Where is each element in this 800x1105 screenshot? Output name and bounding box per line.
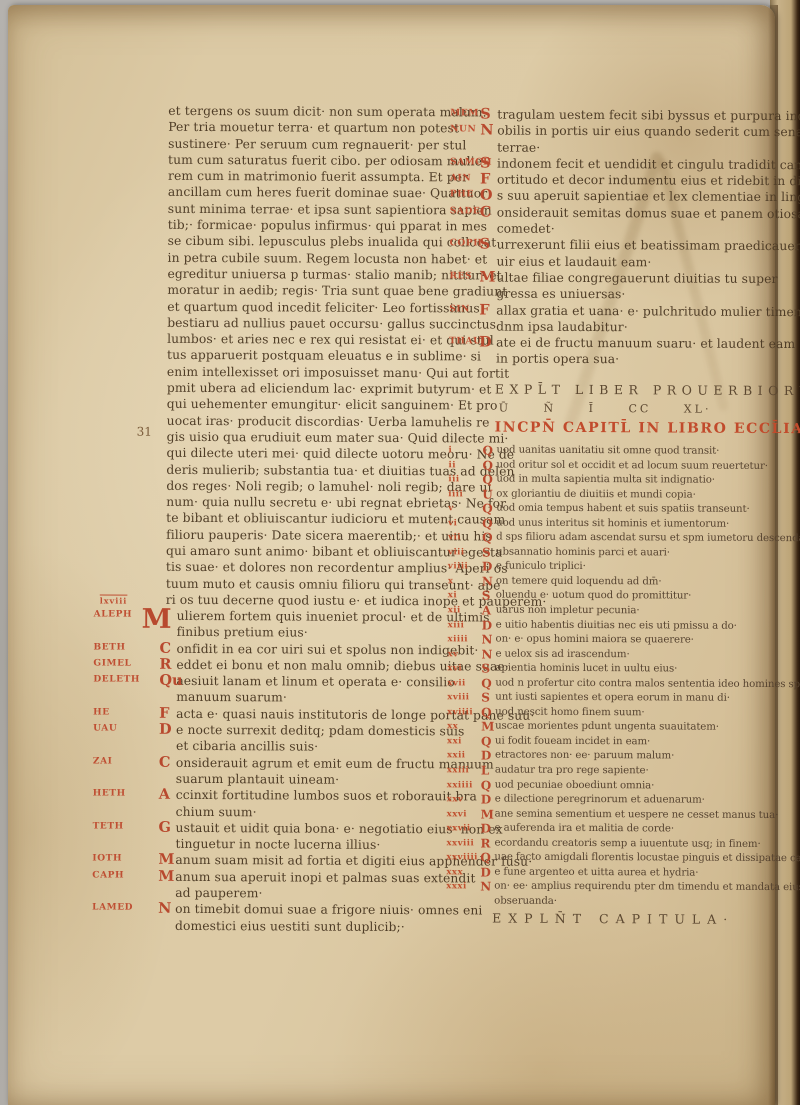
capitulum-initial: S <box>481 662 490 677</box>
verse-line: onfidit in ea cor uiri sui et spolus non… <box>176 640 465 658</box>
verse-entry: GIMELReddet ei bonu et non malu omnib; d… <box>165 657 465 675</box>
capitulum-initial: N <box>481 647 492 662</box>
hebrew-letter-label: LAMED <box>92 903 133 913</box>
prose-line: tum cum saturatus fuerit cibo. per odios… <box>168 152 468 170</box>
prose-line: enim intellexisset ori imposuisset manu·… <box>167 364 467 382</box>
capitulum-numeral: xiii <box>448 620 480 630</box>
verse-initial: M <box>479 269 495 285</box>
verse-entry: LAMEDNon timebit domui suae a frigore ni… <box>164 901 464 935</box>
verse-line: ortitudo et decor indumentu eius et ride… <box>497 172 786 190</box>
capitulum-row: vQuod omia tempus habent et suis spatiis… <box>484 502 790 518</box>
prose-line: num· quia nullu secretu e· ubi regnat eb… <box>166 494 466 512</box>
verse-entry: PHEOs suu aperuit sapientiae et lex clem… <box>486 188 786 206</box>
capitulum-numeral: xxx <box>446 867 478 877</box>
capitulum-initial: D <box>480 865 490 880</box>
verse-entry: AINFortitudo et decor indumentu eius et … <box>486 172 786 190</box>
capitulum-text: uod oritur sol et occidit et ad locum su… <box>496 458 790 474</box>
capitulum-initial: Q <box>482 516 493 531</box>
prose-line: dos reges· Noli regib; o lamuhel· noli r… <box>166 478 466 496</box>
capitulum-row: xxxDe fune argenteo et uitta aurea et hy… <box>482 865 788 881</box>
capitulum-text: uod omia tempus habent et suis spatiis t… <box>496 502 790 518</box>
capitulum-text: e dilectione peregrinorum et aduenarum· <box>495 793 789 809</box>
capitulum-numeral: xxi <box>447 736 479 746</box>
prose-line: se cibum sibi. lepusculus plebs inualida… <box>168 233 468 251</box>
capitulum-text: d sps filioru adam ascendat sursu et spm… <box>496 531 790 547</box>
prose-line: Per tria mouetur terra· et quartum non p… <box>168 119 468 137</box>
capitulum-row: xxviiiiQuae facto amigdali florentis loc… <box>482 851 788 867</box>
capitulum-initial: D <box>482 618 492 633</box>
capitulum-text: on· ee· amplius requirendu pter dm timen… <box>494 880 788 896</box>
left-column-acrostic: ALEPHMulierem fortem quis inueniet procu… <box>164 608 466 936</box>
capitulum-numeral: ii <box>448 460 480 470</box>
verse-entry: DELETHQuaesiuit lanam et linum et operat… <box>165 673 465 707</box>
prose-line: gis uisio qua erudiuit eum mater sua· Qu… <box>167 429 467 447</box>
capitulum-initial: N <box>480 880 491 895</box>
verse-line: manuum suarum· <box>176 689 465 707</box>
explicit-capitula: EXPLN̄T CAPITULA· <box>492 911 734 927</box>
prose-line: bestiaru ad nullius pauet occursu· gallu… <box>167 315 467 333</box>
capitulum-text: ui fodit foueam incidet in eam· <box>495 734 789 750</box>
capitulum-initial: Q <box>483 443 494 458</box>
hebrew-letter-label: SIN <box>449 304 470 314</box>
verse-initial: S <box>480 155 491 171</box>
verse-initial: S <box>480 106 491 122</box>
hebrew-letter-label: HETH <box>93 789 126 799</box>
verse-line: in portis opera sua· <box>496 351 785 369</box>
capitulum-initial: Q <box>481 705 492 720</box>
capitulum-numeral: xxxi <box>446 882 478 892</box>
prose-line: qui amaro sunt animo· bibant et obliuisc… <box>166 543 466 561</box>
hebrew-letter-label: BETH <box>93 642 125 652</box>
verse-entry: SINFallax gratia et uana· e· pulchritudo… <box>485 302 785 336</box>
chapter-number: 31 <box>137 425 152 439</box>
hebrew-letter-label: ALEPH <box>94 609 133 619</box>
verse-initial: A <box>159 787 170 803</box>
capitulum-numeral: i <box>449 445 481 455</box>
verse-initial: C <box>480 204 492 220</box>
verse-entry: CAPHManum sua aperuit inopi et palmas su… <box>164 869 464 903</box>
verse-line: onsiderauit agrum et emit eum de fructu … <box>176 755 465 773</box>
capitulum-initial: Q <box>481 676 492 691</box>
verse-line: gressa es uniuersas· <box>496 286 785 304</box>
capitulum-text: apientia hominis lucet in uultu eius· <box>495 662 789 678</box>
capitulum-numeral: xxviiii <box>446 853 478 863</box>
verse-initial: D <box>479 335 492 351</box>
verse-initial: M <box>158 869 174 885</box>
verse-line: anum sua aperuit inopi et palmas suas ex… <box>175 869 464 887</box>
prose-line: egreditur uniuersa p turmas· stalio mani… <box>167 266 467 284</box>
capitulum-row: xxiiiiQuod pecuniae oboediunt omnia· <box>483 778 789 794</box>
capitulum-text: on temere quid loquendu ad dm̄· <box>496 574 790 590</box>
capitulum-initial: Q <box>482 473 493 488</box>
verse-entry: HEFacta e· quasi nauis institutoris de l… <box>165 706 465 724</box>
capitulum-row: xviiiiQuod nescit homo finem suum· <box>483 705 789 721</box>
capitulum-row: xiiiiNon· e· opus homini maiora se quaer… <box>484 633 790 649</box>
verse-line: onsiderauit semitas domus suae et panem … <box>497 204 786 222</box>
capitulum-row: viiiiDe funiculo triplici· <box>484 560 790 576</box>
verse-initial: Qu <box>159 673 182 689</box>
capitulum-initial: D <box>481 822 491 837</box>
verse-line: s suu aperuit sapientiae et lex clementi… <box>497 188 786 206</box>
capitulum-text: unt iusti sapientes et opera eorum in ma… <box>495 691 789 707</box>
capitulum-text: e uitio habentis diuitias nec eis uti pm… <box>496 618 790 634</box>
capitulum-initial: L <box>481 764 490 779</box>
verse-line: dnm ipsa laudabitur· <box>496 318 785 336</box>
capitulum-text: ox gloriantiu de diuitiis et mundi copia… <box>496 487 790 503</box>
capitulum-initial: Q <box>482 458 493 473</box>
capitulum-text: e funiculo triplici· <box>496 560 790 576</box>
right-column-acrostic-end: MEMStragulam uestem fecit sibi byssus et… <box>485 106 786 368</box>
capitulum-row: iiiiUox gloriantiu de diuitiis et mundi … <box>484 487 790 503</box>
prose-line: in petra cubile suum. Regem locusta non … <box>168 249 468 267</box>
capitulum-numeral: xvi <box>447 663 479 673</box>
verse-entry: BETHConfidit in ea cor uiri sui et spolu… <box>165 640 465 658</box>
prose-line: rem cum in matrimonio fuerit assumpta. E… <box>168 168 468 186</box>
hebrew-letter-label: UAU <box>93 724 117 734</box>
capitulum-row: xxiQui fodit foueam incidet in eam· <box>483 734 789 750</box>
capitulum-text: on· e· opus homini maiora se quaerere· <box>496 633 790 649</box>
capitulum-numeral: v <box>448 503 480 513</box>
prose-line: ancillam cum heres fuerit dominae suae· … <box>168 184 468 202</box>
verse-initial: C <box>159 754 171 770</box>
left-column-prose: et tergens os suum dicit· non sum operat… <box>166 103 469 610</box>
capitulum-initial: Q <box>480 851 491 866</box>
hebrew-letter-label: NUN <box>450 125 476 135</box>
capitulum-text: uarus non impletur pecunia· <box>496 604 790 620</box>
capitulum-text: uod unus interitus sit hominis et iument… <box>496 516 790 532</box>
hebrew-letter-label: AIN <box>450 173 471 183</box>
prose-line: sustinere· Per seruum cum regnauerit· pe… <box>168 135 468 153</box>
capitulum-initial: N <box>482 633 493 648</box>
capitulum-numeral: xxv <box>447 794 479 804</box>
capitulum-row: iiQuod oritur sol et occidit et ad locum… <box>484 458 790 474</box>
hebrew-letter-label: CAPH <box>92 870 124 880</box>
capitulum-row: iiiQuod in multa sapientia multa sit ind… <box>484 473 790 489</box>
verse-line: ad pauperem· <box>175 885 464 903</box>
capitulum-text: uscae morientes pdunt ungenta suauitatem… <box>495 720 789 736</box>
capitulum-row: xiSoluendu e· uotum quod do promittitur· <box>484 589 790 605</box>
capitulum-numeral: viii <box>448 547 480 557</box>
capitulum-row: xviSapientia hominis lucet in uultu eius… <box>483 662 789 678</box>
capitulum-numeral: x <box>448 576 480 586</box>
prose-line: moratur in aedib; regis· Tria sunt quae … <box>167 282 467 300</box>
prose-line: pmit ubera ad eliciendum lac· exprimit b… <box>167 380 467 398</box>
prose-line: te bibant et obliuiscantur iudicioru et … <box>166 510 466 528</box>
verse-initial: F <box>480 172 490 188</box>
verse-entry: HETHAccinxit fortitudine lumbos suos et … <box>165 787 465 821</box>
prose-line: ri os tuu decerne quod iustu e· et iudic… <box>166 592 466 610</box>
capitulum-row: viQuod unus interitus sit hominis et ium… <box>484 516 790 532</box>
capitulum-row: xxviiDe auferenda ira et malitia de cord… <box>483 822 789 838</box>
verse-initial: D <box>159 722 172 738</box>
capitulum-text: uod uanitas uanitatiu sit omne quod tran… <box>497 444 791 460</box>
verse-initial: F <box>479 302 489 318</box>
verse-line: ulierem fortem quis inueniet procul· et … <box>177 608 466 626</box>
verse-line: tinguetur in nocte lucerna illius· <box>175 836 464 854</box>
capitulum-text: e auferenda ira et malitia de corde· <box>495 822 789 838</box>
capitulum-initial: Q <box>481 778 492 793</box>
capitulum-initial: S <box>481 691 490 706</box>
capitulum-initial: D <box>481 793 491 808</box>
explicit-proverbs: EXPL̄T LIBER PROUERBIORUM· <box>495 382 800 399</box>
verse-initial: M <box>142 607 172 633</box>
verse-line: ate ei de fructu manuum suaru· et lauden… <box>496 335 785 353</box>
verse-line: allax gratia et uana· e· pulchritudo mul… <box>496 302 785 320</box>
prose-line: tus apparuerit postquam eleuatus e in su… <box>167 347 467 365</box>
verse-line: anum suam misit ad fortia et digiti eius… <box>175 852 464 870</box>
verse-entry: MEMStragulam uestem fecit sibi byssus et… <box>486 106 786 124</box>
verse-entry: THAUDate ei de fructu manuum suaru· et l… <box>485 335 785 369</box>
capitulum-numeral: iiii <box>448 489 480 499</box>
capitulum-initial: Q <box>482 502 493 517</box>
verse-initial: S <box>480 237 491 253</box>
capitulum-row: xiiAuarus non impletur pecunia· <box>484 603 790 619</box>
capitulum-initial: Q <box>481 734 492 749</box>
hebrew-letter-label: PHE <box>450 190 474 200</box>
capitulum-numeral: viiii <box>448 562 480 572</box>
capitulum-initial: S <box>482 545 491 560</box>
verse-entry: SAMCHSindonem fecit et uendidit et cingu… <box>486 155 786 173</box>
capitulum-row: xvNe uelox sis ad irascendum· <box>483 647 789 663</box>
hebrew-letter-label: THAU <box>449 336 481 346</box>
capitulum-initial: M <box>481 720 494 735</box>
capitulum-numeral: xvii <box>447 678 479 688</box>
verse-initial: N <box>480 123 493 139</box>
capitulum-row: xviiQuod n profertur cito contra malos s… <box>483 676 789 692</box>
verse-line: obilis in portis uir eius quando sederit… <box>497 123 786 141</box>
parchment-page: lxviii 31 et tergens os suum dicit· non … <box>8 5 775 1105</box>
verse-line: urrexerunt filii eius et beatissimam pra… <box>497 237 786 255</box>
prose-line: uocat iras· producit discordias· Uerba l… <box>167 412 467 430</box>
capitulum-initial: N <box>482 574 493 589</box>
capitulum-numeral: xviii <box>447 693 479 703</box>
prose-line: filioru pauperis· Date sicera maerentib;… <box>166 527 466 545</box>
capitulum-text: uod nescit homo finem suum· <box>495 705 789 721</box>
capitulum-row: xxviiiRecordandu creatoris semp a iuuent… <box>482 836 788 852</box>
hebrew-letter-label: HE <box>93 707 110 717</box>
verse-line: e nocte surrexit deditq; pdam domesticis… <box>176 722 465 740</box>
verse-line: finibus pretium eius· <box>177 624 466 642</box>
capitulum-text: ecordandu creatoris semp a iuuentute usq… <box>494 836 788 852</box>
hebrew-letter-label: GIMEL <box>93 658 131 668</box>
capitulum-numeral: iii <box>448 474 480 484</box>
verse-entry: SADEConsiderauit semitas domus suae et p… <box>486 204 786 238</box>
prose-line: sunt minima terrae· et ipsa sunt sapient… <box>168 201 468 219</box>
quire-mark: lxviii <box>100 595 128 605</box>
verse-initial: R <box>159 657 171 673</box>
capitulum-row: xxviMane semina sementium et uespere ne … <box>483 807 789 823</box>
capitulum-numeral: xxviii <box>446 838 478 848</box>
verse-entry: ALEPHMulierem fortem quis inueniet procu… <box>166 608 466 642</box>
hebrew-letter-label: RES <box>449 271 472 281</box>
capitulum-row: viiQd sps filioru adam ascendat sursu et… <box>484 531 790 547</box>
capitulum-numeral: xi <box>448 591 480 601</box>
verse-line: comedet· <box>497 221 786 239</box>
verse-entry: COPHSurrexerunt filii eius et beatissima… <box>485 237 785 271</box>
manuscript-photo: lxviii 31 et tergens os suum dicit· non … <box>0 0 800 1105</box>
capitulum-numeral: xxvii <box>447 824 479 834</box>
capitulum-row: xxiiDetractores non· ee· paruum malum· <box>483 749 789 765</box>
capitulum-initial: R <box>480 836 490 851</box>
capitula-list: iQuod uanitas uanitatiu sit omne quod tr… <box>482 443 790 910</box>
hebrew-letter-label: IOTH <box>92 854 122 864</box>
verse-line: tragulam uestem fecit sibi byssus et pur… <box>497 107 786 125</box>
capitulum-numeral: xx <box>447 722 479 732</box>
capitulum-text: ane semina sementium et uespere ne cesse… <box>495 807 789 823</box>
capitulum-row: xiiiDe uitio habentis diuitias nec eis u… <box>484 618 790 634</box>
verse-line: chium suum· <box>176 803 465 821</box>
capitulum-numeral: xv <box>447 649 479 659</box>
prose-line: qui dilecte uteri mei· quid dilecte uoto… <box>166 445 466 463</box>
prose-line: deris mulierib; substantia tua· et diuit… <box>166 461 466 479</box>
verse-line: ccinxit fortitudine lumbos suos et robor… <box>176 787 465 805</box>
capitulum-row: xviiiSunt iusti sapientes et opera eorum… <box>483 691 789 707</box>
prose-line: tis suae· et dolores non recordentur amp… <box>166 559 466 577</box>
verse-line: ultae filiae congregauerunt diuitias tu … <box>496 270 785 288</box>
verse-entry: IOTHManum suam misit ad fortia et digiti… <box>164 852 464 870</box>
capitulum-text: oluendu e· uotum quod do promittitur· <box>496 589 790 605</box>
capitulum-initial: A <box>482 603 491 618</box>
hebrew-letter-label: COPH <box>450 239 483 249</box>
capitulum-row: xxiiiLaudatur tra pro rege sapiente· <box>483 764 789 780</box>
verse-initial: O <box>480 188 493 204</box>
verse-line: et cibaria ancillis suis· <box>176 738 465 756</box>
verse-line: acta e· quasi nauis institutoris de long… <box>176 706 465 724</box>
capitulum-numeral: xxiii <box>447 765 479 775</box>
verse-entry: UAUDe nocte surrexit deditq; pdam domest… <box>165 722 465 756</box>
capitulum-initial: D <box>482 560 492 575</box>
capitulum-numeral: xxii <box>447 751 479 761</box>
capitulum-numeral: vii <box>448 533 480 543</box>
capitulum-initial: M <box>481 807 494 822</box>
capitulum-text: uod n profertur cito contra malos senten… <box>495 676 789 692</box>
capitulum-text: uod pecuniae oboediunt omnia· <box>495 778 789 794</box>
capitulum-numeral: vi <box>448 518 480 528</box>
capitulum-text: audatur tra pro rege sapiente· <box>495 764 789 780</box>
capitulum-initial: Q <box>482 531 493 546</box>
verse-line: suarum plantauit uineam· <box>176 771 465 789</box>
capitulum-text: e fune argenteo et uitta aurea et hydria… <box>494 865 788 881</box>
capitulum-row: xxMuscae morientes pdunt ungenta suauita… <box>483 720 789 736</box>
capitulum-numeral: xxiiii <box>447 780 479 790</box>
hebrew-letter-label: TETH <box>93 821 124 831</box>
verse-entry: TETHGustauit et uidit quia bona· e· nego… <box>164 820 464 854</box>
verse-initial: M <box>158 852 174 868</box>
capitulum-numeral: xiiii <box>448 634 480 644</box>
capitulum-row: xxxiNon· ee· amplius requirendu pter dm … <box>482 880 788 911</box>
capitulum-numeral: xii <box>448 605 480 615</box>
verse-line: terrae· <box>497 139 786 157</box>
capitulum-text: e uelox sis ad irascendum· <box>495 647 789 663</box>
hebrew-letter-label: MEM <box>450 108 479 118</box>
prose-line: qui uehementer emungitur· elicit sanguin… <box>167 396 467 414</box>
verse-initial: F <box>159 706 169 722</box>
capitulum-numeral: xviiii <box>447 707 479 717</box>
capitulum-row: viiiSubsannatio hominis parci et auari· <box>484 545 790 561</box>
capitulum-row: iQuod uanitas uanitatiu sit omne quod tr… <box>485 443 791 459</box>
verse-line: on timebit domui suae a frigore niuis· o… <box>175 901 464 919</box>
capitulum-initial: S <box>482 589 491 604</box>
capitulum-text: uae facto amigdali florentis locustae pi… <box>494 851 788 867</box>
capitulum-row: xxvDe dilectione peregrinorum et aduenar… <box>483 793 789 809</box>
verse-initial: C <box>159 640 171 656</box>
capitulum-text: ubsannatio hominis parci et auari· <box>496 545 790 561</box>
capitulum-text: etractores non· ee· paruum malum· <box>495 749 789 765</box>
capitulum-text: uod in multa sapientia multa sit indigna… <box>496 473 790 489</box>
prose-line: et tergens os suum dicit· non sum operat… <box>168 103 468 121</box>
capitulum-initial: U <box>482 487 493 502</box>
page-content: lxviii 31 et tergens os suum dicit· non … <box>5 3 778 1105</box>
capitulum-text: obseruanda· <box>494 894 788 910</box>
hebrew-letter-label: DELETH <box>93 675 140 685</box>
verse-line: uir eius et laudauit eam· <box>496 253 785 271</box>
verse-entry: ZAIConsiderauit agrum et emit eum de fru… <box>165 754 465 788</box>
verse-line: indonem fecit et uendidit et cingulu tra… <box>497 155 786 173</box>
verse-line: eddet ei bonu et non malu omnib; diebus … <box>176 657 465 675</box>
verse-initial: G <box>159 820 171 836</box>
capitulum-initial: D <box>481 749 491 764</box>
prose-line: tib;· formicae· populus infirmus· qui pp… <box>168 217 468 235</box>
prose-line: lumbos· et aries nec e rex qui resistat … <box>167 331 467 349</box>
incipit-ecclesiastes-capitula: INCPN̄ CAPITL̄ IN LIBRO ECCL̄IASTICŪ <box>495 420 800 438</box>
verse-entry: RESMultae filiae congregauerunt diuitias… <box>485 269 785 303</box>
verse-initial: N <box>158 901 171 917</box>
verse-line: domestici eius uestiti sunt duplicib;· <box>175 918 464 936</box>
verse-line: aesiuit lanam et linum et operata e· con… <box>176 673 465 691</box>
hebrew-letter-label: SADE <box>450 206 481 216</box>
prose-line: tuum muto et causis omniu filioru qui tr… <box>166 575 466 593</box>
hebrew-letter-label: ZAI <box>93 756 113 766</box>
verse-count: Ū Ñ Ī CC XL· <box>499 402 712 416</box>
verse-entry: NUNNobilis in portis uir eius quando sed… <box>486 123 786 157</box>
verse-line: ustauit et uidit quia bona· e· negotiati… <box>176 820 465 838</box>
prose-line: et quartum quod incedit feliciter· Leo f… <box>167 298 467 316</box>
capitulum-row: xNon temere quid loquendu ad dm̄· <box>484 574 790 590</box>
capitulum-numeral: xxvi <box>447 809 479 819</box>
